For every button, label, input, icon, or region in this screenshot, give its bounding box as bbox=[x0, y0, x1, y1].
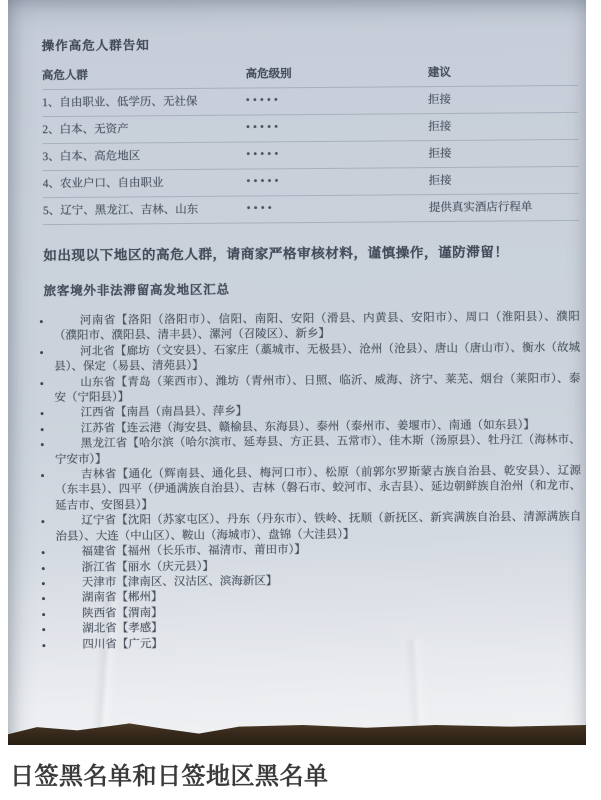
paper-crease bbox=[404, 638, 431, 729]
bullet-icon bbox=[40, 382, 43, 385]
bullet-icon bbox=[41, 413, 44, 416]
risk-group-cell: 1、自由职业、低学历、无社保 bbox=[42, 88, 246, 117]
bullet-icon bbox=[41, 428, 44, 431]
suggestion-cell: 拒接 bbox=[428, 85, 578, 113]
document-title: 操作高危人群告知 bbox=[42, 32, 578, 54]
region-list: 河南省【洛阳（洛阳市）、信阳、南阳、安阳（滑县、内黄县、安阳市）、周口（淮阳县）… bbox=[44, 310, 583, 653]
risk-group-cell: 4、农业户口、自由职业 bbox=[43, 169, 247, 198]
bullet-icon bbox=[41, 474, 44, 477]
header-suggestion: 建议 bbox=[428, 61, 578, 87]
region-item: 山东省【青岛（莱西市）、潍坊（青州市）、日照、临沂、威海、济宁、莱芜、烟台（莱阳… bbox=[54, 372, 580, 407]
region-text: 四川省【广元】 bbox=[82, 638, 163, 651]
bullet-icon bbox=[42, 582, 45, 585]
region-item: 河南省【洛阳（洛阳市）、信阳、南阳、安阳（滑县、内黄县、安阳市）、周口（淮阳县）… bbox=[54, 310, 580, 345]
warning-text: 如出现以下地区的高危人群，请商家严格审核材料，谨慎操作，谨防滞留！ bbox=[43, 240, 579, 264]
region-text: 湖北省【孝感】 bbox=[82, 622, 163, 635]
region-item: 四川省【广元】 bbox=[56, 633, 582, 653]
region-text: 河北省【廊坊（文安县）、石家庄（藁城市、无极县）、沧州（沧县）、唐山（唐山市）、… bbox=[54, 342, 580, 374]
region-item: 黑龙江省【哈尔滨（哈尔滨市、延寿县、方正县、五常市）、佳木斯（汤原县）、牡丹江（… bbox=[55, 433, 581, 468]
section-title: 旅客境外非法滞留高发地区汇总 bbox=[44, 277, 580, 299]
region-text: 辽宁省【沈阳（苏家屯区）、丹东（丹东市）、铁岭、抚顺（新抚区、新宾满族自治县、清… bbox=[55, 511, 581, 543]
table-row: 3、白本、高危地区 ••••• 拒接 bbox=[42, 139, 578, 170]
header-risk-level: 高危级别 bbox=[245, 62, 427, 88]
risk-group-cell: 2、白本、无资产 bbox=[42, 115, 246, 144]
region-text: 福建省【福州（长乐市、福清市、莆田市）】 bbox=[82, 544, 306, 558]
suggestion-cell: 拒接 bbox=[428, 139, 578, 167]
region-text: 江苏省【连云港（海安县、赣榆县、东海县）、泰州（泰州市、姜堰市）、南通（如东县）… bbox=[81, 419, 535, 435]
table-row: 5、辽宁、黑龙江、吉林、山东 •••• 提供真实酒店行程单 bbox=[43, 193, 579, 224]
region-text: 黑龙江省【哈尔滨（哈尔滨市、延寿县、方正县、五常市）、佳木斯（汤原县）、牡丹江（… bbox=[55, 434, 581, 466]
bullet-icon bbox=[42, 597, 45, 600]
bullet-icon bbox=[41, 443, 44, 446]
risk-level-cell: ••••• bbox=[246, 114, 428, 142]
printed-document: 操作高危人群告知 高危人群 高危级别 建议 1、自由职业、低学历、无社保 •••… bbox=[42, 32, 583, 653]
region-item: 河北省【廊坊（文安县）、石家庄（藁城市、无极县）、沧州（沧县）、唐山（唐山市）、… bbox=[54, 341, 580, 376]
region-text: 浙江省【丽水（庆元县）】 bbox=[82, 560, 214, 573]
bullet-icon bbox=[42, 551, 45, 554]
suggestion-cell: 提供真实酒店行程单 bbox=[429, 193, 579, 221]
region-text: 陕西省【渭南】 bbox=[82, 607, 163, 620]
bullet-icon bbox=[41, 520, 44, 523]
region-text: 吉林省【通化（辉南县、通化县、梅河口市）、松原（前郭尔罗斯蒙古族自治县、乾安县）… bbox=[55, 465, 581, 512]
photo-caption: 日签黑名单和日签地区黑名单 bbox=[10, 756, 329, 791]
table-row: 1、自由职业、低学历、无社保 ••••• 拒接 bbox=[42, 85, 578, 116]
bullet-icon bbox=[40, 320, 43, 323]
region-item: 吉林省【通化（辉南县、通化县、梅河口市）、松原（前郭尔罗斯蒙古族自治县、乾安县）… bbox=[55, 464, 581, 514]
region-text: 江西省【南昌（南昌县）、萍乡】 bbox=[81, 406, 248, 419]
header-risk-group: 高危人群 bbox=[42, 64, 246, 90]
risk-level-cell: •••• bbox=[247, 195, 429, 223]
risk-level-cell: ••••• bbox=[246, 141, 428, 169]
suggestion-cell: 拒接 bbox=[429, 166, 579, 194]
region-text: 湖南省【郴州】 bbox=[82, 591, 163, 604]
table-row: 2、白本、无资产 ••••• 拒接 bbox=[42, 112, 578, 143]
suggestion-cell: 拒接 bbox=[428, 112, 578, 140]
risk-group-cell: 5、辽宁、黑龙江、吉林、山东 bbox=[43, 196, 247, 225]
bullet-icon bbox=[40, 351, 43, 354]
region-item: 辽宁省【沈阳（苏家屯区）、丹东（丹东市）、铁岭、抚顺（新抚区、新宾满族自治县、清… bbox=[55, 510, 581, 545]
region-text: 河南省【洛阳（洛阳市）、信阳、南阳、安阳（滑县、内黄县、安阳市）、周口（淮阳县）… bbox=[54, 311, 580, 343]
region-text: 天津市【津南区、汉沽区、滨海新区】 bbox=[82, 575, 278, 589]
risk-level-cell: ••••• bbox=[246, 168, 428, 196]
region-text: 山东省【青岛（莱西市）、潍坊（青州市）、日照、临沂、威海、济宁、莱芜、烟台（莱阳… bbox=[54, 373, 580, 405]
risk-group-table: 高危人群 高危级别 建议 1、自由职业、低学历、无社保 ••••• 拒接 2、白… bbox=[42, 61, 579, 225]
bullet-icon bbox=[42, 613, 45, 616]
bullet-icon bbox=[42, 567, 45, 570]
document-photo: 操作高危人群告知 高危人群 高危级别 建议 1、自由职业、低学历、无社保 •••… bbox=[8, 0, 586, 745]
risk-group-cell: 3、白本、高危地区 bbox=[42, 142, 246, 171]
risk-level-cell: ••••• bbox=[246, 87, 428, 115]
bullet-icon bbox=[42, 628, 45, 631]
bullet-icon bbox=[42, 644, 45, 647]
table-row: 4、农业户口、自由职业 ••••• 拒接 bbox=[43, 166, 579, 197]
